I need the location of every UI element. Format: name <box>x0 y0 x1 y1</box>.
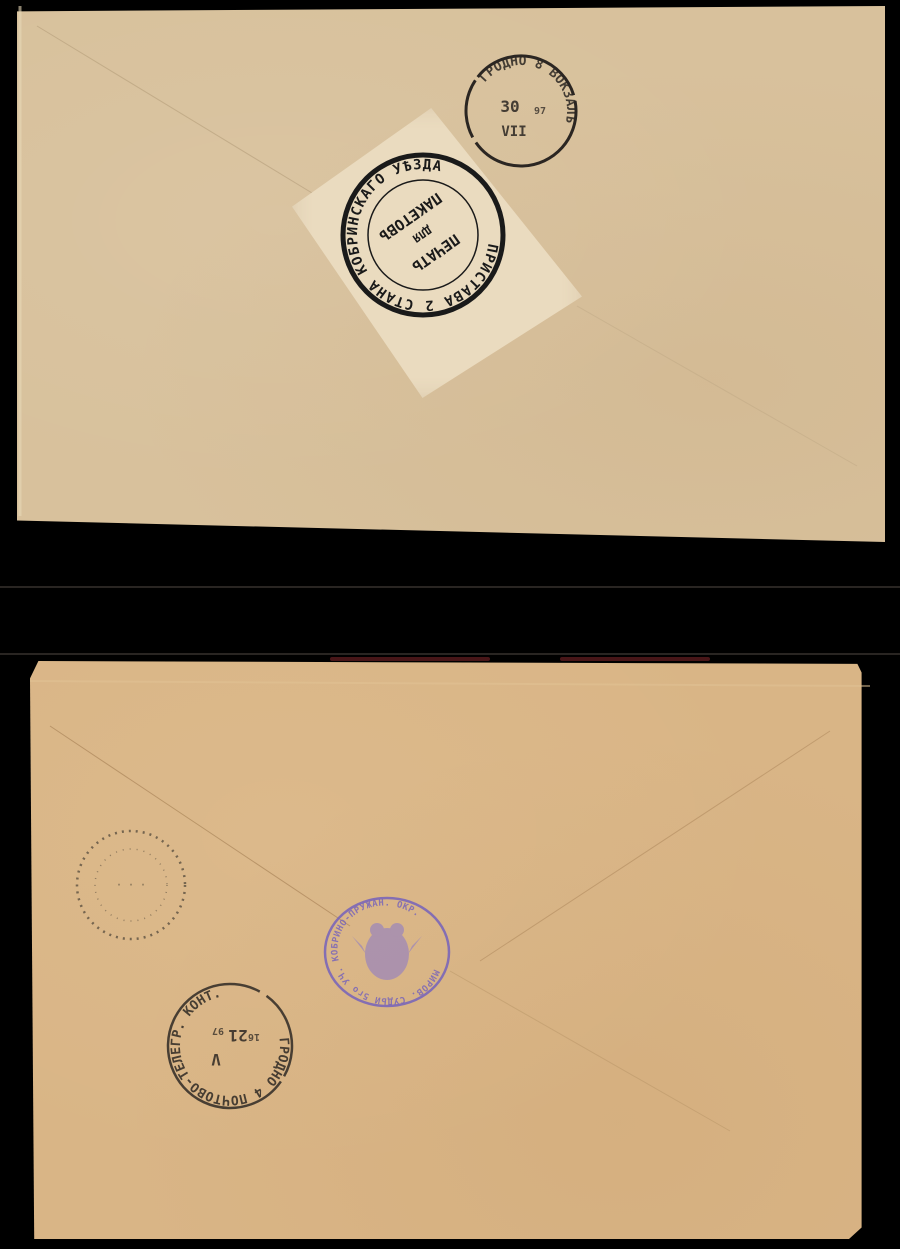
svg-text:30: 30 <box>500 97 519 116</box>
eagle-emblem-icon <box>352 923 422 980</box>
divider-line <box>0 586 900 588</box>
svg-text:16: 16 <box>248 1031 260 1042</box>
svg-text:ПАКЕТОВЪ: ПАКЕТОВЪ <box>376 189 446 245</box>
svg-text:21: 21 <box>228 1026 247 1045</box>
postmark-upper: ГРОДНО 8 ВОКЗАЛЪ 30 97 VII <box>462 52 580 170</box>
svg-text:97: 97 <box>534 106 546 117</box>
divider-line <box>0 653 900 655</box>
svg-text:VII: VII <box>501 124 526 140</box>
svg-text:ГРОДНО 8 ВОКЗАЛЪ: ГРОДНО 8 ВОКЗАЛЪ <box>471 39 593 127</box>
svg-text:V: V <box>211 1050 221 1069</box>
svg-text:97: 97 <box>212 1025 224 1036</box>
svg-text:· · ·: · · · <box>116 880 146 891</box>
official-seal-stamp: ПРИСТАВА 2 СТАНА КОБРИНСКАГО УѢЗДА ПЕЧАТ… <box>338 150 508 320</box>
faint-postmark: · · · <box>72 826 190 944</box>
svg-text:ГРОДНО 4 ПОЧТОВО-ТЕЛЕГР. КОНТ.: ГРОДНО 4 ПОЧТОВО-ТЕЛЕГР. КОНТ. <box>152 968 308 1124</box>
postmark-lower: ГРОДНО 4 ПОЧТОВО-ТЕЛЕГР. КОНТ. V 21 97 1… <box>164 980 296 1112</box>
violet-court-seal: МИРОВ. СУДЬИ 5го УЧ. КОБРИНО-ПРУЖАН. ОКР… <box>322 896 452 1008</box>
